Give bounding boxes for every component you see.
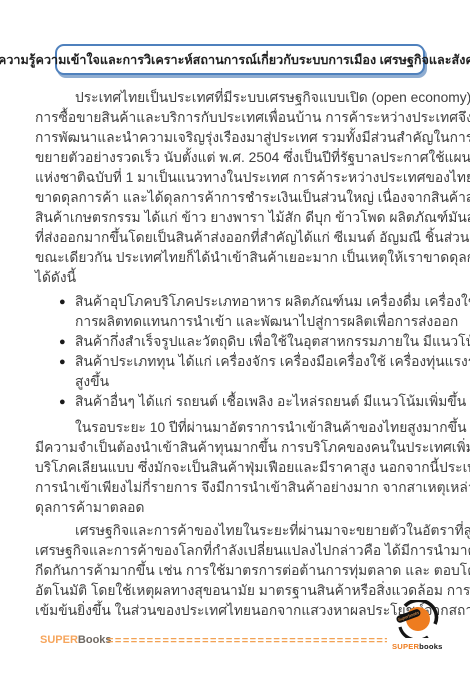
text-line: แห่งชาติฉบับที่ 1 มาเป็นแนวทางในประเทศ ก… (35, 168, 437, 188)
text-line: ขณะเดียวกัน ประเทศไทยก็ได้นำเข้าสินค้าเย… (35, 248, 437, 268)
title-box: ความรู้ความเข้าใจและการวิเคราะห์สถานการณ… (55, 44, 425, 75)
paragraph-import-decade: ในรอบระยะ 10 ปีที่ผ่านมาอัตราการนำเข้าสิ… (35, 418, 437, 518)
text-line: สินค้าเกษตรกรรม ได้แก่ ข้าว ยางพารา ไม้ส… (35, 208, 437, 228)
document-body: ประเทศไทยเป็นประเทศที่มีระบบเศรษฐกิจแบบเ… (35, 88, 437, 621)
text-line: สินค้าประเภททุน ได้แก่ เครื่องจักร เครื่… (75, 352, 437, 372)
footer-brand: SUPERBooks (40, 634, 112, 646)
text-line: ขาดดุลการค้า และได้ดุลการค้าการชำระเงินเ… (35, 188, 437, 208)
text-line: สินค้าอุปโภคบริโภคประเภทอาหาร ผลิตภัณฑ์น… (75, 292, 437, 312)
list-item: ● สินค้าประเภททุน ได้แก่ เครื่องจักร เคร… (35, 352, 437, 392)
paragraph-open-economy: ประเทศไทยเป็นประเทศที่มีระบบเศรษฐกิจแบบเ… (35, 88, 437, 288)
text-line: สินค้ากึ่งสำเร็จรูปและวัตถุดิบ เพื่อใช้ใ… (75, 332, 437, 352)
text-line: ในรอบระยะ 10 ปีที่ผ่านมาอัตราการนำเข้าสิ… (35, 418, 437, 438)
text-line: สินค้าอื่นๆ ได้แก่ รถยนต์ เชื้อเพลิง อะไ… (75, 392, 437, 412)
bullet-icon: ● (59, 332, 66, 352)
text-line: ประเทศไทยเป็นประเทศที่มีระบบเศรษฐกิจแบบเ… (35, 88, 437, 108)
superbooks-logo: Superbooks SUPERbooks (392, 600, 442, 651)
page-title: ความรู้ความเข้าใจและการวิเคราะห์สถานการณ… (0, 50, 470, 70)
text-line: อัตโนมัติ โดยใช้เหตุผลทางสุขอนามัย มาตรฐ… (35, 581, 437, 601)
text-line: การนำเข้าเพียงไม่กี่รายการ จึงมีการนำเข้… (35, 478, 437, 498)
text-line: ขยายตัวอย่างรวดเร็ว นับตั้งแต่ พ.ศ. 2504… (35, 148, 437, 168)
footer-brand-super: SUPER (40, 634, 78, 646)
text-line: ได้ดังนี้ (35, 268, 437, 288)
bullet-icon: ● (59, 392, 66, 412)
text-line: การซื้อขายสินค้าและบริการกับประเทศเพื่อน… (35, 108, 437, 128)
list-item: ● สินค้ากึ่งสำเร็จรูปและวัตถุดิบ เพื่อใช… (35, 332, 437, 352)
list-item: ● สินค้าอื่นๆ ได้แก่ รถยนต์ เชื้อเพลิง อ… (35, 392, 437, 412)
superbooks-swoosh-icon: Superbooks (395, 600, 439, 638)
bullet-icon: ● (59, 292, 66, 312)
import-goods-list: ● สินค้าอุปโภคบริโภคประเภทอาหาร ผลิตภัณฑ… (35, 292, 437, 412)
text-line: เศรษฐกิจและการค้าของไทยในระยะที่ผ่านมาจะ… (35, 521, 437, 541)
bullet-icon: ● (59, 352, 66, 372)
list-item: ● สินค้าอุปโภคบริโภคประเภทอาหาร ผลิตภัณฑ… (35, 292, 437, 332)
paragraph-world-trade: เศรษฐกิจและการค้าของไทยในระยะที่ผ่านมาจะ… (35, 521, 437, 621)
text-line: ที่ส่งออกมากขึ้นโดยเป็นสินค้าส่งออกที่สำ… (35, 228, 437, 248)
text-line: เศรษฐกิจและการค้าของโลกที่กำลังเปลี่ยนแป… (35, 541, 437, 561)
text-line: ดุลการค้ามาตลอด (35, 498, 437, 518)
text-line: บริโภคเลียนแบบ ซึ่งมักจะเป็นสินค้าฟุ่มเฟ… (35, 458, 437, 478)
text-line: สูงขึ้น (75, 372, 437, 392)
text-line: มีความจำเป็นต้องนำเข้าสินค้าทุนมากขึ้น ก… (35, 438, 437, 458)
text-line: กีดกันการค้ามากขึ้น เช่น การใช้มาตรการต่… (35, 561, 437, 581)
logo-wordmark: SUPERbooks (392, 643, 442, 651)
logo-wordmark-books: books (419, 642, 442, 651)
text-line: การผลิตทดแทนการนำเข้า และพัฒนาไปสู่การผล… (75, 312, 437, 332)
footer-divider: ========================================… (107, 635, 387, 648)
text-line: เข้มข้นยิ่งขึ้น ในส่วนของประเทศไทยนอกจาก… (35, 601, 437, 621)
logo-wordmark-super: SUPER (392, 642, 419, 651)
document-page: ความรู้ความเข้าใจและการวิเคราะห์สถานการณ… (0, 0, 470, 673)
text-line: การพัฒนาและนำความเจริญรุ่งเรืองมาสู่ประเ… (35, 128, 437, 148)
